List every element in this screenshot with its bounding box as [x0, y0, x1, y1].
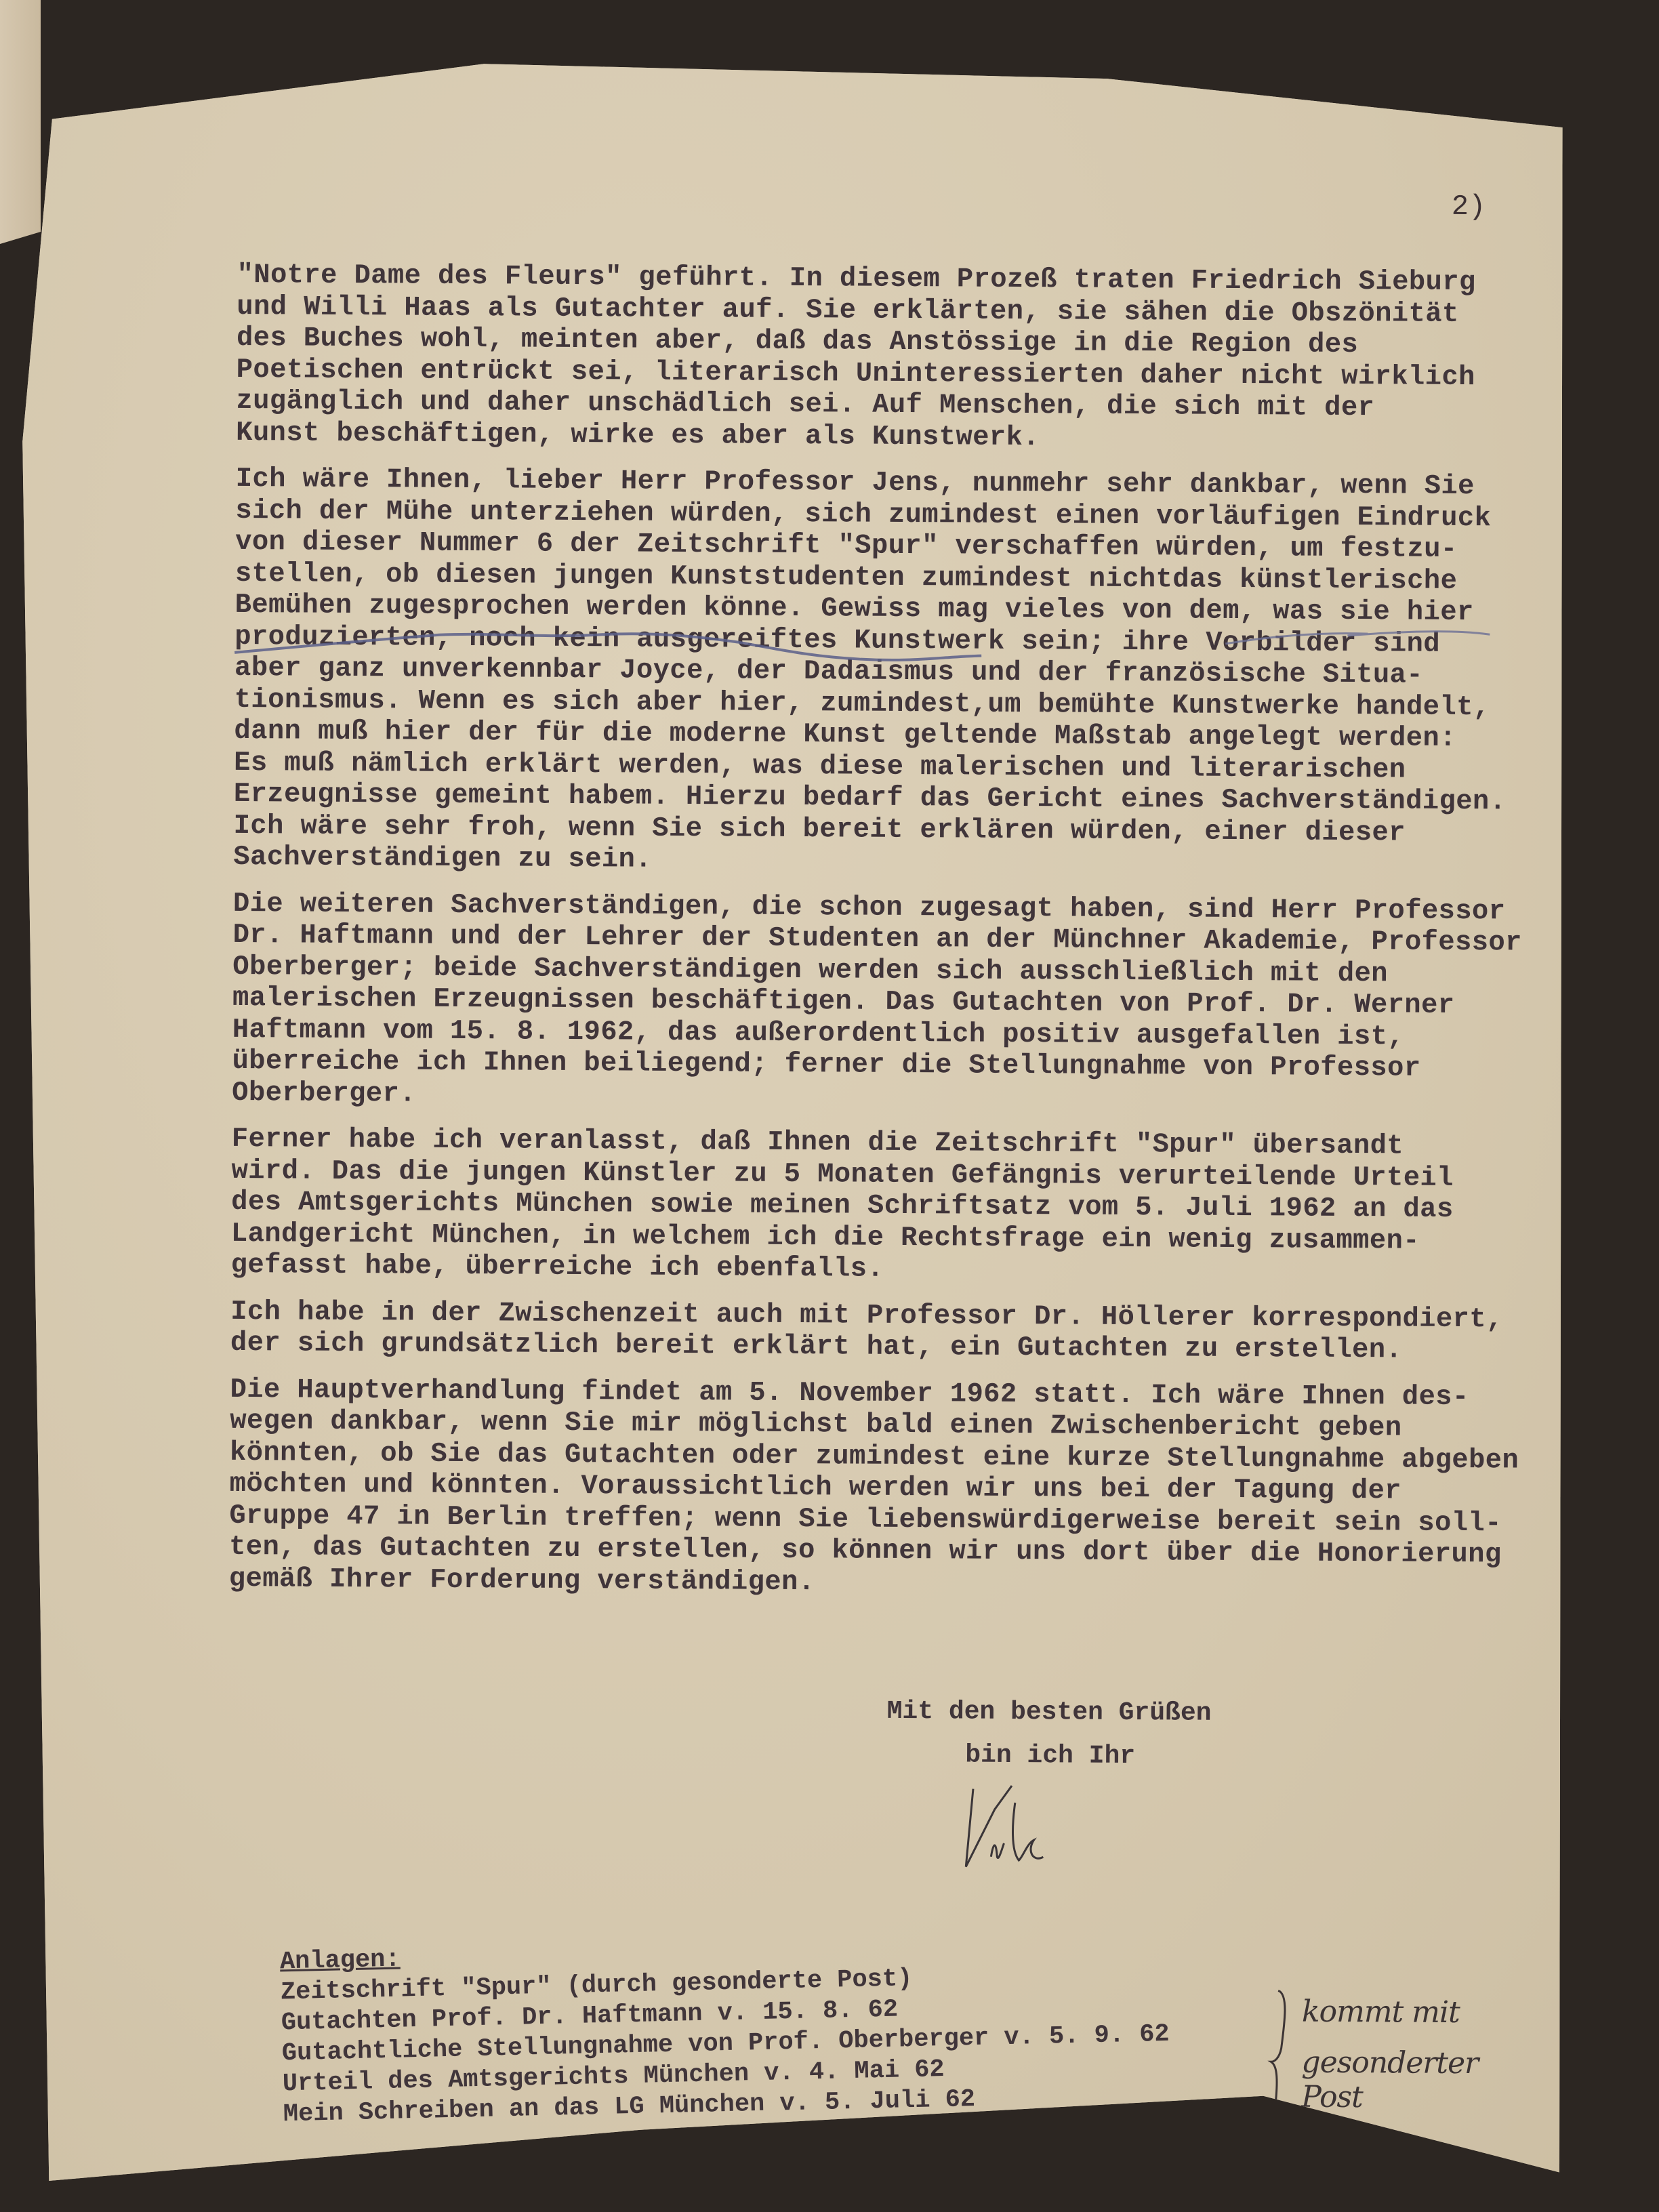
curly-brace-mark	[1250, 1980, 1298, 2129]
closing-line-1: Mit den besten Grüßen	[887, 1697, 1212, 1728]
closing: Mit den besten Grüßen bin ich Ihr	[886, 1690, 1212, 1779]
paragraph: Die weiteren Sachverständigen, die schon…	[232, 888, 1575, 1117]
handwritten-note-line-1: kommt mit	[1302, 1994, 1460, 2030]
closing-line-2: bin ich Ihr	[886, 1734, 1211, 1779]
paragraph: Die Hauptverhandlung findet am 5. Novemb…	[229, 1374, 1572, 1603]
previous-page-edge	[0, 0, 41, 244]
paragraph: Ich habe in der Zwischenzeit auch mit Pr…	[230, 1296, 1573, 1367]
paragraph: Ich wäre Ihnen, lieber Herr Professor Je…	[233, 464, 1578, 882]
paragraph: "Notre Dame des Fleurs" geführt. In dies…	[236, 260, 1579, 457]
handwritten-note: kommt mit gesonderter Post	[1250, 1980, 1522, 2131]
letter-page: 2) "Notre Dame des Fleurs" geführt. In d…	[16, 60, 1575, 2181]
paragraph: Ferner habe ich veranlasst, daß Ihnen di…	[231, 1124, 1574, 1290]
letter-body: "Notre Dame des Fleurs" geführt. In dies…	[229, 260, 1579, 1618]
attachments-list: Anlagen: Zeitschrift "Spur" (durch geson…	[280, 1925, 1300, 2131]
signature	[954, 1782, 1063, 1870]
page-number: 2)	[1452, 190, 1486, 223]
handwritten-note-line-2: gesonderter Post	[1301, 2045, 1522, 2116]
letter-sheet: 2) "Notre Dame des Fleurs" geführt. In d…	[9, 55, 1581, 2186]
